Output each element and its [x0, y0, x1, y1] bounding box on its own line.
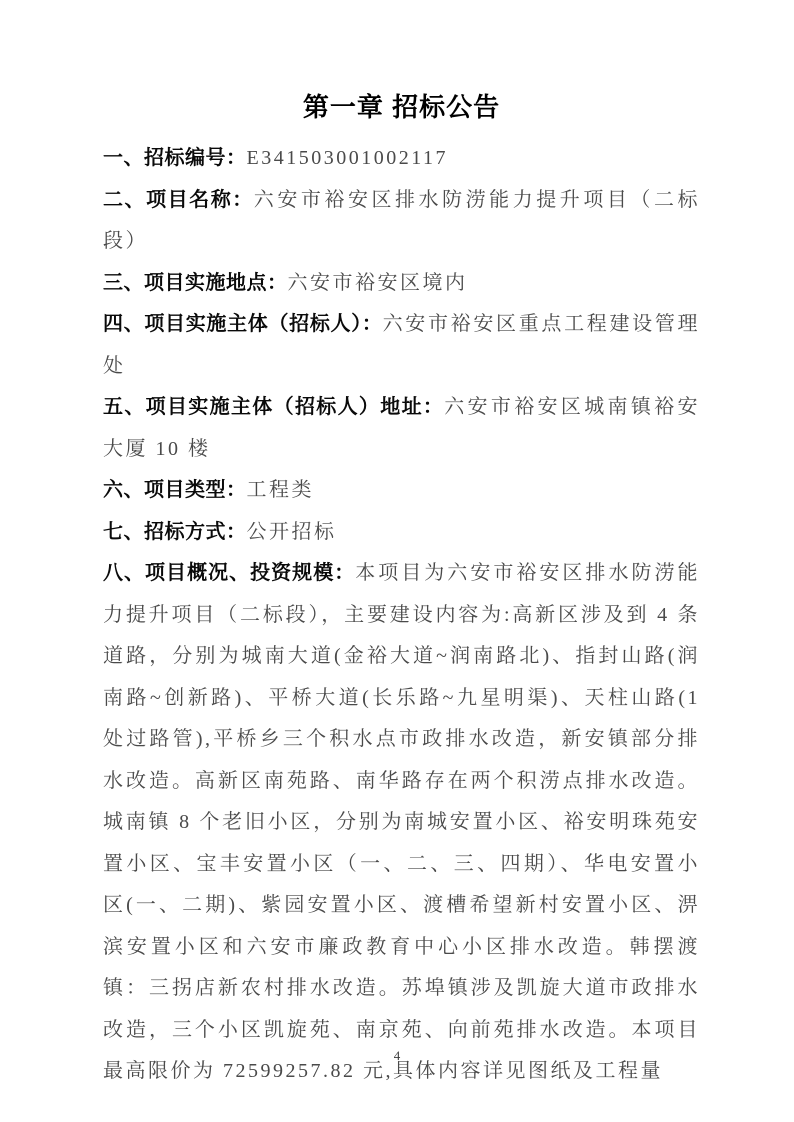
document-title: 第一章 招标公告: [103, 90, 700, 124]
item-project-owner: 四、项目实施主体（招标人）：六安市裕安区重点工程建设管理处: [103, 304, 700, 387]
item-value: 本项目为六安市裕安区排水防涝能力提升项目（二标段），主要建设内容为:高新区涉及到…: [103, 562, 700, 1082]
item-label: 七、招标方式：: [103, 521, 247, 543]
item-value: 六安市裕安区境内: [288, 272, 468, 294]
item-project-overview: 八、项目概况、投资规模：本项目为六安市裕安区排水防涝能力提升项目（二标段），主要…: [103, 553, 700, 1093]
item-label: 六、项目类型：: [103, 479, 247, 501]
item-project-name: 二、项目名称：六安市裕安区排水防涝能力提升项目（二标段）: [103, 180, 700, 263]
item-project-type: 六、项目类型：工程类: [103, 470, 700, 512]
document-page: 第一章 招标公告 一、招标编号：E341503001002117 二、项目名称：…: [0, 0, 794, 1122]
item-label: 四、项目实施主体（招标人）：: [103, 313, 383, 335]
item-tender-number: 一、招标编号：E341503001002117: [103, 138, 700, 180]
item-project-location: 三、项目实施地点：六安市裕安区境内: [103, 263, 700, 305]
item-tender-method: 七、招标方式：公开招标: [103, 512, 700, 554]
item-label: 一、招标编号：: [103, 147, 247, 169]
item-label: 五、项目实施主体（招标人）地址：: [103, 396, 444, 418]
item-label: 三、项目实施地点：: [103, 272, 288, 294]
item-value: 工程类: [247, 479, 315, 501]
item-value: 公开招标: [247, 521, 337, 543]
item-value: E341503001002117: [247, 147, 448, 169]
page-number: 4: [0, 1048, 794, 1064]
item-label: 八、项目概况、投资规模：: [103, 562, 355, 584]
item-owner-address: 五、项目实施主体（招标人）地址：六安市裕安区城南镇裕安大厦 10 楼: [103, 387, 700, 470]
item-label: 二、项目名称：: [103, 189, 254, 211]
